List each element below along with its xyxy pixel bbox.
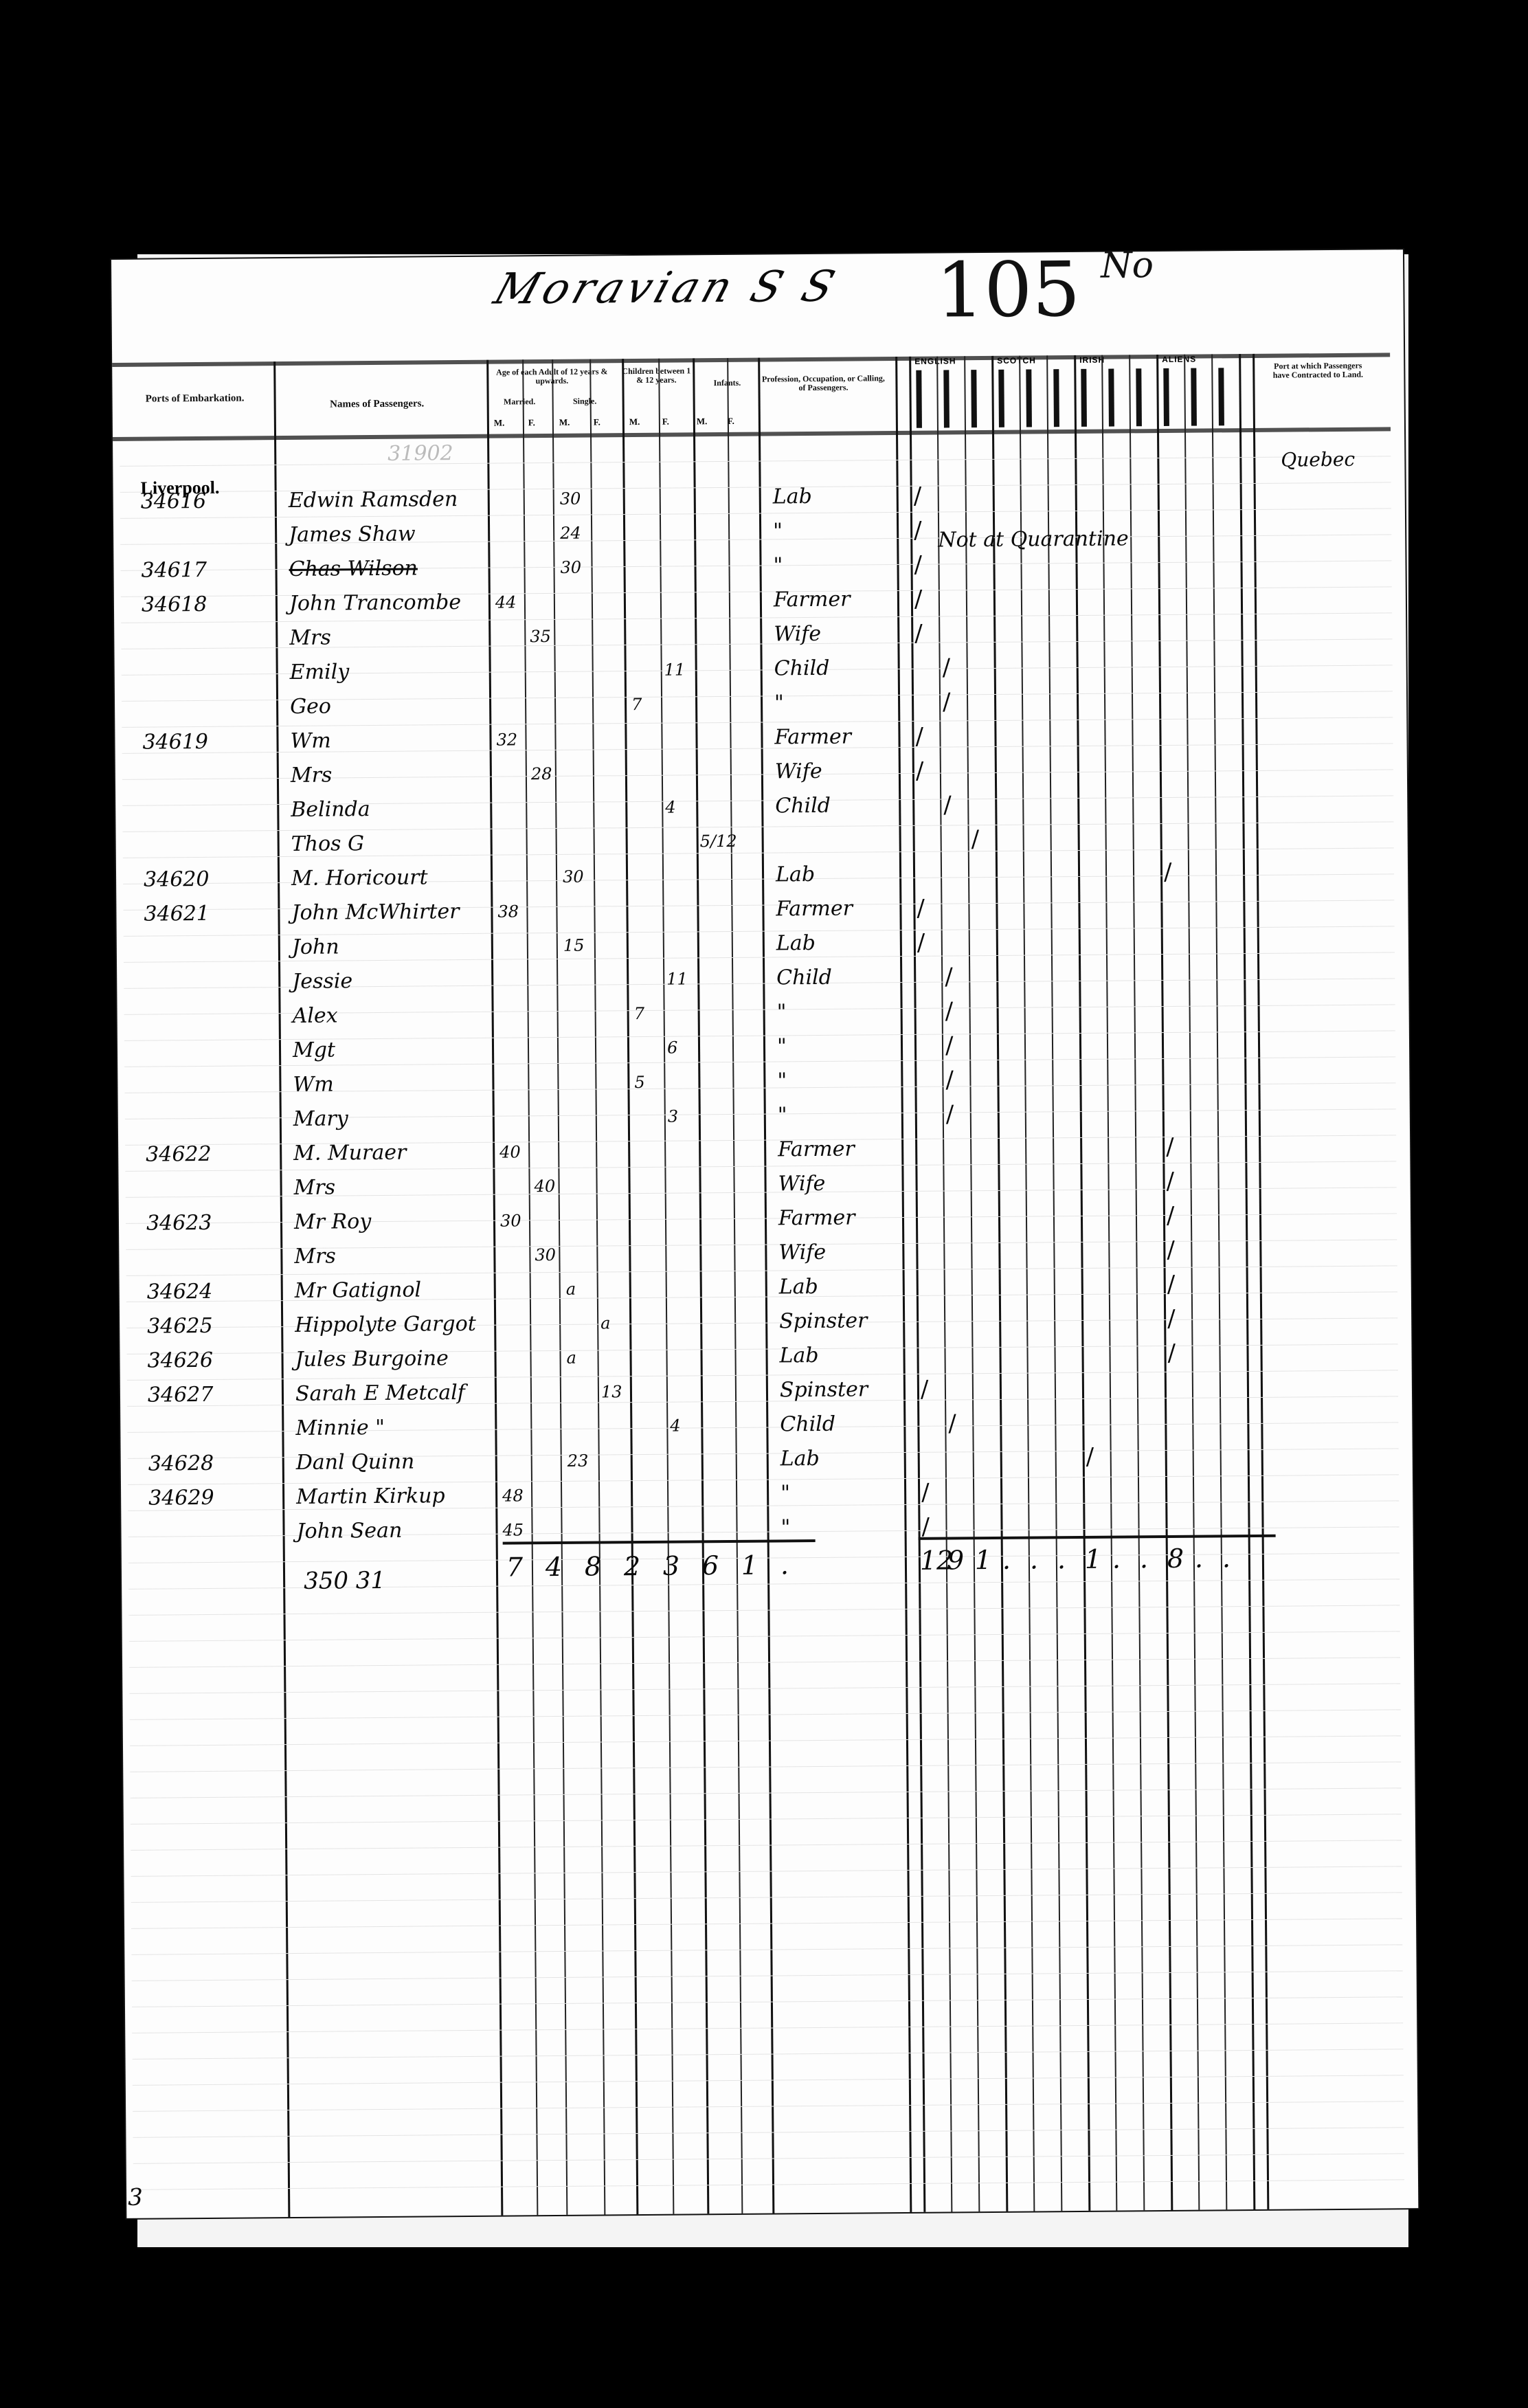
passenger-name: Thos G	[291, 832, 365, 856]
passenger-name: Wm	[290, 729, 331, 753]
passenger-profession: Farmer	[776, 897, 853, 922]
passenger-age: 30	[560, 489, 581, 509]
passenger-manifest-page: Moravian S S 105No Ports of Embarkation.…	[111, 249, 1418, 2218]
passenger-name: M. Horicourt	[291, 865, 428, 891]
passenger-name: Mrs	[294, 1244, 336, 1268]
passenger-age: a	[566, 1280, 576, 1299]
age-column-total: 8	[585, 1551, 602, 1581]
header-sex-m: M.	[629, 416, 640, 427]
passenger-age: 30	[563, 867, 584, 887]
passenger-name: Belinda	[291, 797, 370, 822]
ruled-line	[130, 1709, 1401, 1720]
nationality-tally-mark: /	[914, 482, 922, 510]
passenger-age: 24	[560, 524, 581, 543]
nationality-subheader-bar	[998, 370, 1004, 427]
passenger-name: John Trancombe	[289, 590, 461, 616]
header-nationality: ENGLISH	[914, 356, 956, 366]
nationality-subheader-bar	[1026, 369, 1032, 427]
nationality-tally-mark: /	[1167, 1305, 1176, 1333]
nationality-column-total: 1	[1085, 1544, 1102, 1574]
passenger-profession: Child	[780, 1412, 835, 1437]
nationality-tally-mark: /	[1167, 1236, 1175, 1264]
ticket-number: 34628	[148, 1451, 214, 1476]
nationality-column-total: 8	[1167, 1543, 1184, 1574]
passenger-name: Mrs	[289, 626, 331, 650]
passenger-name: Mr Roy	[294, 1209, 371, 1234]
passenger-profession: Child	[775, 794, 831, 818]
nationality-subheader-bar	[1218, 368, 1224, 425]
nationality-subheader-bar	[1163, 368, 1169, 426]
passenger-profession: Farmer	[778, 1206, 855, 1231]
ruled-line	[131, 1787, 1402, 1798]
nationality-tally-mark: /	[1086, 1443, 1094, 1471]
passenger-name: Martin Kirkup	[296, 1484, 445, 1509]
passenger-profession: "	[773, 519, 783, 543]
ticket-number: 34620	[144, 867, 210, 892]
nationality-tally-mark: /	[1167, 1339, 1176, 1367]
margin-total-note: 350 31	[304, 1567, 385, 1595]
passenger-name: Hippolyte Gargot	[295, 1312, 476, 1337]
passenger-name: Geo	[290, 695, 331, 719]
passenger-name: Chas Wilson	[289, 557, 418, 581]
ruled-line	[129, 1657, 1400, 1668]
header-sex-f: F.	[594, 416, 600, 427]
ruled-line	[131, 1918, 1402, 1929]
passenger-age: 4	[665, 798, 676, 817]
ruled-line	[133, 2101, 1404, 2112]
nationality-column-total: 1	[975, 1545, 992, 1575]
nationality-column-total: .	[1140, 1543, 1148, 1574]
ruled-line	[131, 1866, 1402, 1877]
header-profession: Profession, Occupation, or Calling, of P…	[761, 374, 886, 436]
passenger-profession: "	[777, 1069, 787, 1093]
passenger-profession: Wife	[778, 1172, 825, 1196]
passenger-profession: Spinster	[780, 1377, 868, 1402]
passenger-profession: Farmer	[774, 588, 851, 612]
ticket-number: 34622	[146, 1142, 212, 1167]
passenger-age: 40	[499, 1142, 521, 1161]
passenger-age: a	[600, 1313, 611, 1333]
nationality-subheader-bar	[916, 370, 922, 428]
nationality-tally-mark: /	[921, 1479, 930, 1506]
nationality-tally-mark: /	[945, 1032, 954, 1059]
passenger-age: 44	[495, 592, 517, 612]
passenger-name: Emily	[290, 660, 350, 684]
passenger-age: 48	[502, 1486, 524, 1505]
ticket-number: 34624	[147, 1280, 213, 1304]
nationality-column-total: .	[1112, 1544, 1121, 1574]
ticket-number: 34625	[147, 1314, 213, 1339]
nationality-tally-mark: /	[945, 1066, 954, 1093]
passenger-name: Mr Gatignol	[295, 1278, 422, 1303]
nationality-tally-mark: /	[945, 997, 953, 1025]
nationality-tally-mark: /	[914, 551, 922, 579]
nationality-tally-mark: /	[943, 654, 951, 681]
header-nationality: SCOTCH	[997, 355, 1036, 365]
nationality-tally-mark: /	[914, 517, 922, 544]
ruled-line	[131, 1814, 1402, 1825]
nationality-subheader-bar	[1053, 369, 1059, 427]
passenger-name: Jules Burgoine	[295, 1346, 449, 1372]
ticket-number: 34618	[142, 592, 207, 617]
nationality-tally-mark: /	[914, 586, 923, 613]
age-column-total: 2	[624, 1551, 641, 1581]
nationality-column-total: .	[1222, 1543, 1231, 1573]
destination-port: Quebec	[1281, 448, 1355, 471]
passenger-name: Alex	[293, 1003, 338, 1028]
passenger-name: John	[292, 935, 339, 959]
ruled-line	[133, 2179, 1404, 2190]
ruled-line	[131, 1892, 1402, 1903]
age-column-total: .	[780, 1550, 789, 1580]
nationality-tally-mark: /	[1167, 1202, 1175, 1229]
nationality-tally-mark: /	[921, 1376, 929, 1403]
ticket-number: 34623	[146, 1211, 212, 1236]
passenger-profession: Spinster	[779, 1308, 867, 1333]
nationality-subheader-bar	[1136, 368, 1142, 426]
ship-name: Moravian S S	[488, 261, 845, 314]
ticket-number: 34626	[147, 1348, 213, 1373]
passenger-age: 45	[502, 1520, 524, 1539]
passenger-profession: Lab	[779, 1344, 818, 1368]
passenger-age: 40	[534, 1177, 555, 1196]
passenger-name: Mrs	[293, 1175, 335, 1199]
nationality-column-total: .	[1002, 1545, 1011, 1575]
ticket-number: 34616	[141, 489, 207, 514]
passenger-profession: Wife	[775, 759, 822, 784]
passenger-name: Danl Quinn	[296, 1450, 415, 1475]
passenger-name: Minnie "	[295, 1416, 385, 1440]
nationality-tally-mark: /	[1166, 1168, 1174, 1195]
nationality-tally-mark: /	[915, 723, 923, 750]
passenger-profession: Lab	[780, 1447, 820, 1471]
nationality-tally-mark: /	[914, 620, 923, 647]
pencil-reference: 31902	[387, 441, 453, 466]
nationality-tally-mark: /	[917, 929, 925, 957]
passenger-age: 13	[601, 1382, 622, 1401]
passenger-age: 28	[531, 764, 552, 783]
passenger-name: Jessie	[292, 969, 352, 994]
passenger-age: a	[566, 1348, 576, 1368]
passenger-age: 4	[670, 1416, 681, 1436]
header-sex-m: M.	[697, 416, 708, 427]
header-sex-f: F.	[662, 416, 669, 427]
nationality-tally-mark: /	[917, 895, 925, 922]
nationality-column-total: 9	[947, 1545, 965, 1575]
header-nationality: ALIENS	[1162, 355, 1196, 364]
age-column-total: 3	[663, 1551, 680, 1581]
nationality-tally-mark: /	[1167, 1271, 1176, 1298]
ruled-line	[132, 1996, 1403, 2007]
ruled-line	[130, 1735, 1401, 1746]
nationality-tally-mark: /	[971, 825, 980, 853]
nationality-column-total: .	[1057, 1544, 1066, 1574]
passenger-name: James Shaw	[289, 522, 416, 547]
passenger-profession: Lab	[776, 862, 815, 887]
nationality-tally-mark: /	[943, 688, 951, 715]
ruled-line	[130, 1761, 1401, 1772]
age-column-total: 6	[702, 1550, 719, 1581]
passenger-profession: Farmer	[774, 725, 851, 750]
passenger-profession: Child	[776, 966, 832, 990]
nationality-tally-mark: /	[948, 1409, 956, 1437]
passenger-age: 30	[535, 1245, 556, 1264]
header-sex-f: F.	[528, 417, 535, 428]
header-sex-m: M.	[494, 418, 505, 429]
nationality-subheader-bar	[943, 370, 950, 427]
nationality-subheader-bar	[1081, 369, 1087, 427]
corner-mark: 3	[128, 2184, 143, 2211]
passenger-row[interactable]: John Sean45"/	[121, 1510, 1413, 1552]
ruled-line	[131, 1944, 1402, 1955]
passenger-age: 3	[668, 1107, 679, 1126]
passenger-name: Edwin Ramsden	[289, 487, 458, 513]
header-sex-m: M.	[559, 417, 570, 428]
passenger-age: 7	[631, 695, 642, 714]
folio-value: 105	[936, 245, 1081, 335]
passenger-age: 11	[664, 660, 686, 679]
ruled-line	[128, 1605, 1400, 1616]
nationality-tally-mark: /	[945, 963, 953, 990]
folio-suffix: No	[1101, 245, 1154, 287]
passenger-age: 5	[634, 1073, 645, 1092]
quarantine-annotation: Not at Quarantine	[938, 526, 1129, 552]
nationality-subheader-bar	[1108, 369, 1114, 427]
passenger-age: 35	[530, 627, 551, 646]
ticket-number: 34627	[148, 1383, 214, 1407]
passenger-age: 23	[568, 1451, 589, 1471]
age-column-total: 1	[741, 1550, 759, 1581]
passenger-profession: Lab	[779, 1275, 818, 1299]
passenger-profession: "	[777, 1034, 787, 1058]
passenger-profession: Lab	[773, 484, 812, 509]
ruled-line	[129, 1683, 1400, 1694]
passenger-age: 5/12	[700, 832, 737, 851]
passenger-profession: Wife	[778, 1240, 826, 1265]
ruled-line	[133, 2075, 1404, 2086]
ruled-line	[133, 2049, 1404, 2060]
nationality-tally-mark: /	[1164, 858, 1172, 886]
age-column-total: 7	[506, 1552, 524, 1582]
header-destination: Port at which Passengers have Contracted…	[1266, 361, 1370, 424]
passenger-age: 6	[667, 1038, 678, 1058]
ruled-line	[128, 1552, 1400, 1563]
nationality-tally-mark: /	[916, 757, 924, 785]
passenger-name: John Sean	[296, 1519, 402, 1543]
ticket-number: 34617	[141, 558, 207, 583]
ruled-line	[132, 2022, 1403, 2033]
nationality-tally-mark: /	[946, 1100, 954, 1128]
passenger-profession: Lab	[776, 931, 816, 955]
nationality-tally-mark: /	[943, 791, 952, 818]
header-ports: Ports of Embarkation.	[126, 392, 265, 456]
ruled-line	[133, 2127, 1404, 2138]
passenger-name: Mary	[293, 1106, 348, 1131]
passenger-profession: "	[780, 1481, 790, 1505]
ruled-line	[132, 1970, 1403, 1981]
age-column-total: 4	[546, 1552, 563, 1582]
passenger-age: 7	[634, 1004, 645, 1023]
passenger-profession: Farmer	[778, 1137, 855, 1162]
ruled-line	[133, 2153, 1404, 2164]
passenger-name: John McWhirter	[291, 900, 459, 925]
nationality-column-total: .	[1195, 1543, 1203, 1574]
passenger-age: 38	[497, 902, 519, 921]
header-top-rule	[112, 353, 1390, 367]
passenger-age: 30	[500, 1211, 521, 1230]
passenger-profession: "	[776, 1000, 786, 1024]
ticket-number: 34629	[148, 1486, 214, 1510]
passenger-name: Sarah E Metcalf	[295, 1381, 465, 1406]
passenger-name: M. Muraer	[293, 1141, 406, 1166]
ruled-line	[129, 1631, 1400, 1642]
passenger-profession: "	[774, 691, 784, 715]
nationality-subheader-bar	[1191, 368, 1197, 426]
folio-number: 105No	[936, 245, 1154, 334]
nationality-column-total: .	[1030, 1544, 1038, 1574]
passenger-name: Mgt	[293, 1038, 335, 1062]
nationality-tally-mark: /	[1166, 1133, 1174, 1161]
nationality-subheader-bar	[971, 370, 977, 427]
passenger-name: Wm	[293, 1072, 334, 1096]
ticket-number: 34619	[142, 730, 208, 755]
passenger-profession: Wife	[774, 622, 821, 647]
passenger-profession: "	[773, 553, 783, 577]
passenger-name: Mrs	[291, 763, 333, 787]
passenger-profession: "	[778, 1103, 787, 1127]
ticket-number: 34621	[144, 902, 210, 926]
passenger-profession: Child	[774, 656, 830, 681]
passenger-age: 15	[563, 936, 585, 955]
ruled-line	[131, 1840, 1402, 1851]
passenger-age: 32	[496, 730, 517, 749]
passenger-age: 11	[666, 969, 688, 988]
passenger-profession: "	[780, 1515, 790, 1539]
passenger-age: 30	[560, 558, 581, 577]
